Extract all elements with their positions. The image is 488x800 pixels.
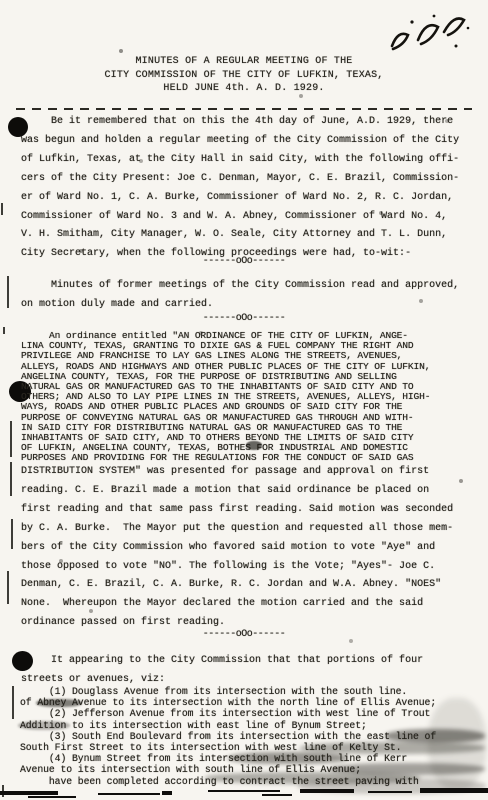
- ordinance-passage-paragraph: DISTRIBUTION SYSTEM" was presented for p…: [21, 463, 453, 633]
- dashed-rule: [16, 108, 472, 110]
- section-divider: ------oOo------: [0, 629, 488, 640]
- section-divider: ------oOo------: [0, 313, 488, 324]
- scan-artifact-line: [11, 519, 13, 549]
- minutes-approval-paragraph: Minutes of former meetings of the City C…: [21, 276, 459, 314]
- scan-artifact-line: [3, 327, 5, 334]
- page-edge-artifact: [420, 788, 488, 793]
- ink-smudge: [228, 752, 348, 764]
- page-edge-artifact: [98, 793, 160, 795]
- page-edge-artifact: [0, 791, 58, 795]
- streets-intro-paragraph: It appearing to the City Commission that…: [21, 651, 423, 689]
- page-edge-artifact: [162, 791, 172, 795]
- scanned-minutes-page: MINUTES OF A REGULAR MEETING OF THE CITY…: [0, 0, 488, 800]
- scan-artifact-line: [12, 686, 14, 719]
- scan-artifact-line: [10, 462, 12, 496]
- ink-smudge: [428, 698, 486, 790]
- section-divider: ------oOo------: [0, 256, 488, 267]
- scan-artifact-line: [10, 421, 12, 457]
- page-title: MINUTES OF A REGULAR MEETING OF THE CITY…: [0, 55, 488, 96]
- page-edge-artifact: [28, 796, 76, 798]
- ink-smudge: [36, 699, 82, 707]
- page-edge-artifact: [262, 794, 292, 796]
- page-edge-artifact: [368, 791, 412, 793]
- ordinance-title-paragraph: An ordinance entitled "AN ORDINANCE OF T…: [21, 331, 430, 464]
- ink-smudge: [18, 721, 70, 730]
- page-edge-artifact: [208, 790, 280, 792]
- opening-paragraph: Be it remembered that on this the 4th da…: [21, 113, 459, 264]
- page-edge-artifact: [300, 789, 354, 793]
- scan-artifact-line: [1, 203, 3, 215]
- ink-smudge: [246, 441, 262, 450]
- scan-speckles: [0, 0, 2, 2]
- scan-artifact-line: [7, 571, 9, 604]
- scan-artifact-line: [7, 276, 9, 308]
